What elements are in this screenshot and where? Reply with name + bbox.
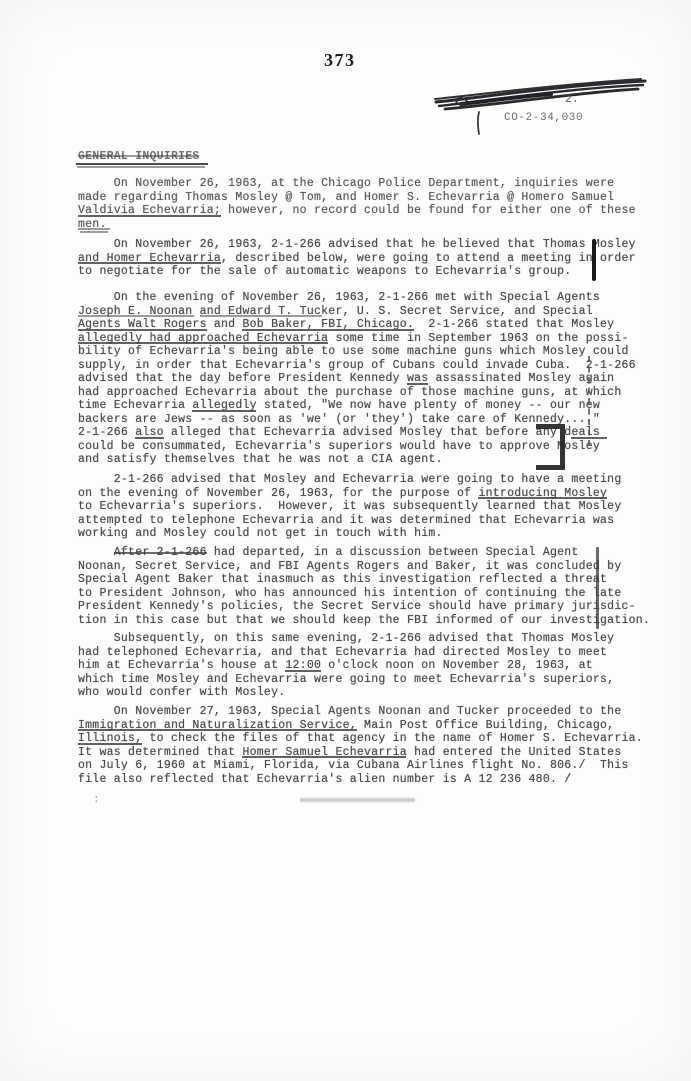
margin-dashed-line [588, 356, 590, 446]
file-number-stamp: CO-2-34,030 [504, 112, 583, 124]
smudge-mark: : [93, 794, 100, 806]
pen-underline [78, 729, 357, 731]
pen-underline [78, 743, 142, 745]
margin-emphasis-line [592, 239, 596, 281]
stamp-annotation: 2. [565, 93, 579, 106]
pen-underline [478, 497, 607, 499]
smudge-mark [300, 798, 415, 802]
pen-underline [135, 437, 164, 439]
pen-underline [80, 231, 108, 233]
pen-underline [78, 329, 207, 331]
pen-underline [78, 215, 221, 217]
pen-underline [285, 670, 321, 672]
pen-underline [78, 228, 110, 230]
pen-underline [407, 383, 428, 385]
margin-bracket-mark [536, 424, 565, 470]
pen-underline [200, 315, 322, 317]
paragraph-1: On November 26, 1963, at the Chicago Pol… [78, 177, 636, 231]
pen-underline [242, 756, 406, 758]
heading-underline [76, 163, 208, 165]
paragraph-5: After 2-1-266 had departed, in a discuss… [78, 546, 650, 627]
pen-underline [78, 342, 328, 344]
pen-strike-mark [114, 552, 207, 554]
paragraph-7: On November 27, 1963, Special Agents Noo… [78, 705, 643, 786]
pen-underline [242, 329, 414, 331]
paragraph-2: On November 26, 1963, 2-1-266 advised th… [78, 238, 636, 279]
margin-emphasis-line [596, 547, 599, 629]
paragraph-6: Subsequently, on this same evening, 2-1-… [78, 632, 614, 700]
pen-underline [78, 315, 194, 317]
heading-strike-mark [78, 155, 198, 157]
pen-underline [192, 410, 256, 412]
heading-underline [77, 166, 205, 168]
paragraph-4: 2-1-266 advised that Mosley and Echevarr… [78, 473, 622, 541]
page-number: 373 [324, 50, 356, 71]
pen-underline [78, 262, 221, 264]
pen-scribble-redaction [433, 74, 648, 136]
document-page: 373 2. CO-2-34,030 GENERAL INQUIRIES On … [0, 0, 691, 1081]
